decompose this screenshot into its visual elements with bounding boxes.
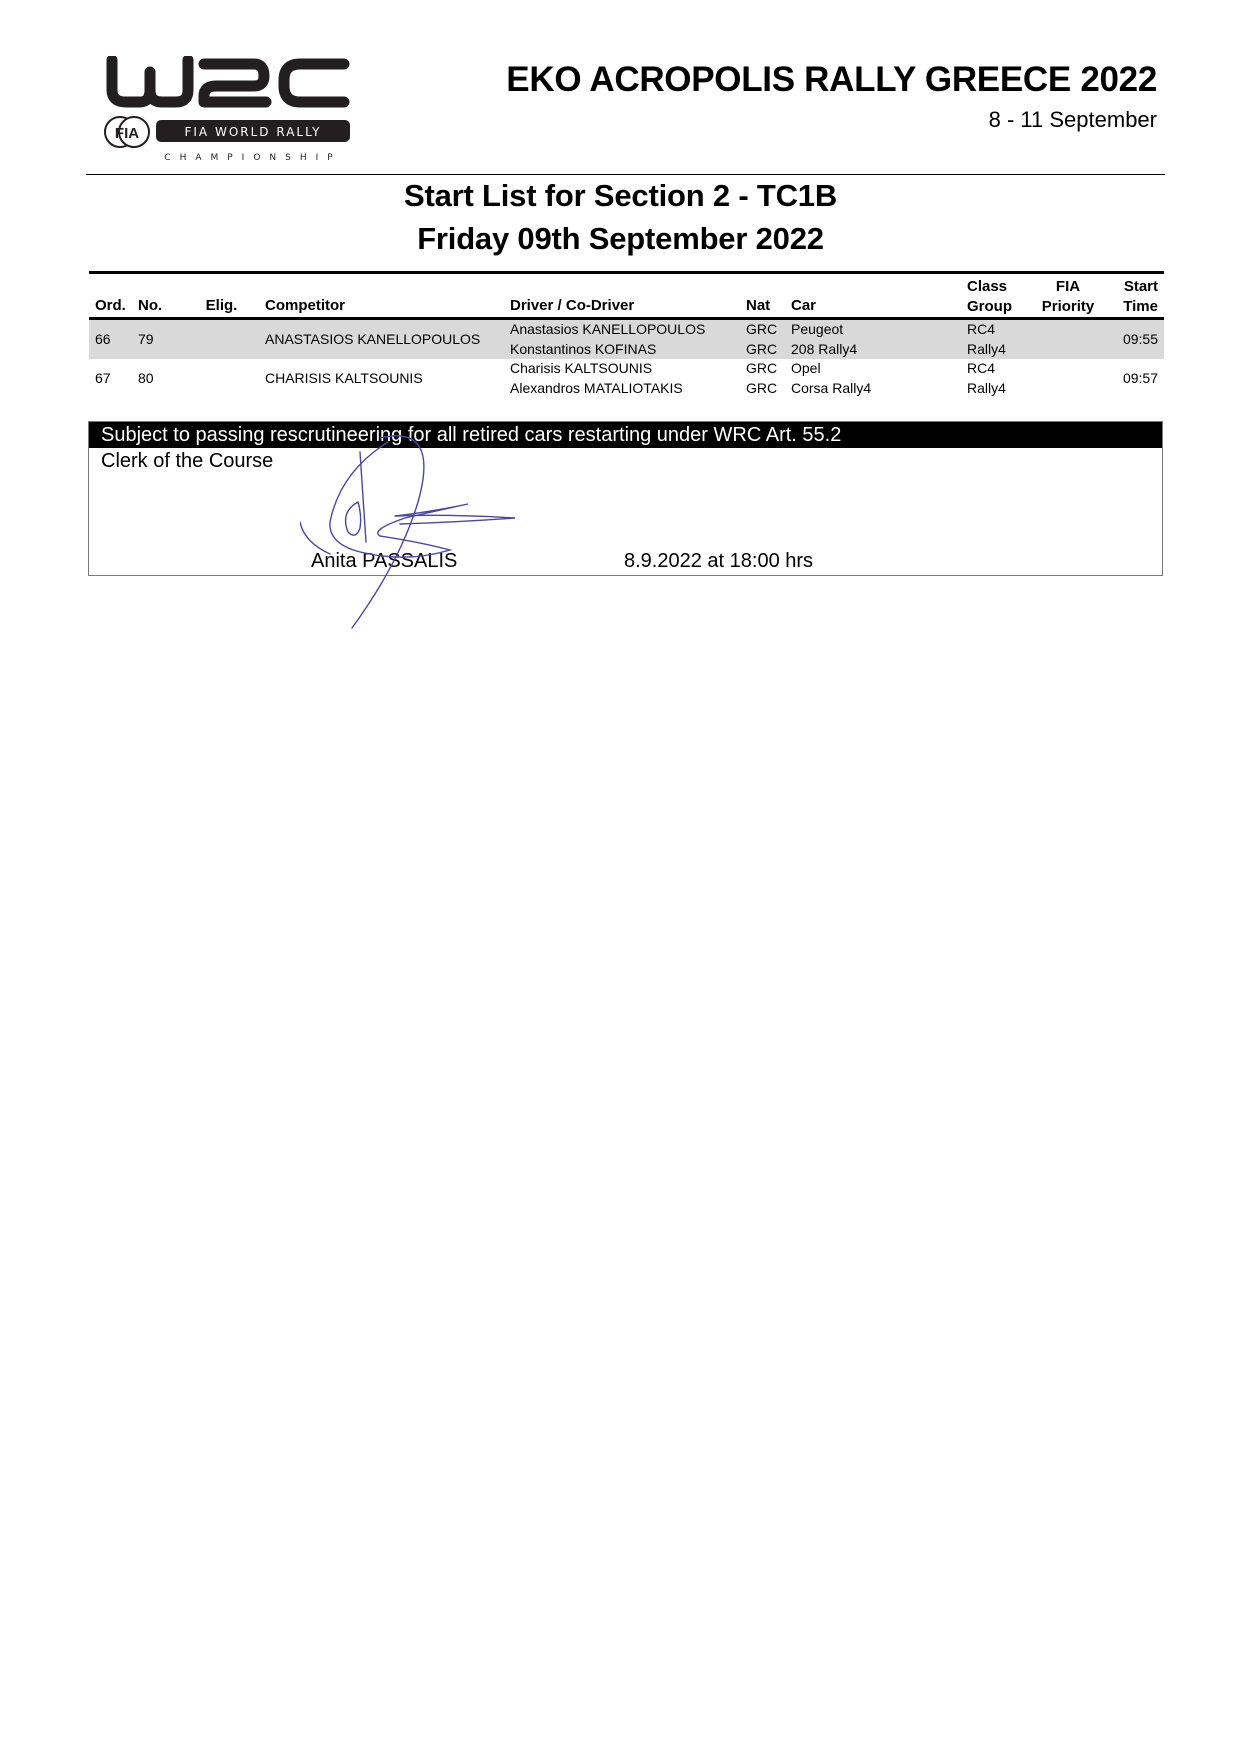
svg-text:FIA WORLD RALLY: FIA WORLD RALLY	[184, 125, 321, 139]
cell-competitor: CHARISIS KALTSOUNIS	[259, 359, 504, 398]
col-header-start-time: Start Time	[1103, 274, 1164, 319]
driver-name: Charisis KALTSOUNIS	[510, 359, 734, 379]
cell-crew: Charisis KALTSOUNIS Alexandros MATALIOTA…	[504, 359, 740, 398]
document-title: Start List for Section 2 - TC1B	[0, 178, 1241, 214]
event-dates: 8 - 11 September	[989, 107, 1157, 133]
col-header-car: Car	[785, 274, 961, 319]
co-driver-nat: GRC	[746, 340, 779, 360]
cell-car: Peugeot 208 Rally4	[785, 319, 961, 360]
col-header-class-group: Class Group	[961, 274, 1033, 319]
cell-fia-priority	[1033, 319, 1103, 360]
driver-name: Anastasios KANELLOPOULOS	[510, 320, 734, 340]
driver-nat: GRC	[746, 320, 779, 340]
cell-elig	[184, 319, 259, 360]
rescrutineering-notice: Subject to passing rescrutineering for a…	[89, 422, 1162, 448]
col-header-class: Class	[967, 277, 1027, 297]
driver-nat: GRC	[746, 359, 779, 379]
car-make: Opel	[791, 359, 955, 379]
car-group: Rally4	[967, 379, 1027, 399]
cell-elig	[184, 359, 259, 398]
cell-class-group: RC4 Rally4	[961, 319, 1033, 360]
car-class: RC4	[967, 320, 1027, 340]
col-header-driver: Driver / Co-Driver	[504, 274, 740, 319]
cell-ord: 66	[89, 319, 132, 360]
wrc-logo: FIA FIA WORLD RALLY CHAMPIONSHIP	[104, 56, 404, 168]
col-header-start: Start	[1109, 277, 1158, 297]
cell-ord: 67	[89, 359, 132, 398]
col-header-priority: Priority	[1039, 297, 1097, 317]
col-header-fia-priority: FIA Priority	[1033, 274, 1103, 319]
table-row: 67 80 CHARISIS KALTSOUNIS Charisis KALTS…	[89, 359, 1164, 398]
cell-start-time: 09:57	[1103, 359, 1164, 398]
cell-start-time: 09:55	[1103, 319, 1164, 360]
table-row: 66 79 ANASTASIOS KANELLOPOULOS Anastasio…	[89, 319, 1164, 360]
notice-box: Subject to passing rescrutineering for a…	[88, 421, 1163, 576]
header-divider	[86, 174, 1165, 175]
co-driver-name: Konstantinos KOFINAS	[510, 340, 734, 360]
signed-date: 8.9.2022 at 18:00 hrs	[624, 550, 813, 573]
cell-car: Opel Corsa Rally4	[785, 359, 961, 398]
car-make: Peugeot	[791, 320, 955, 340]
svg-text:CHAMPIONSHIP: CHAMPIONSHIP	[164, 153, 341, 163]
table-header-row: Ord. No. Elig. Competitor Driver / Co-Dr…	[89, 274, 1164, 319]
clerk-of-course-label: Clerk of the Course	[101, 450, 273, 473]
cell-no: 80	[132, 359, 184, 398]
col-header-no: No.	[132, 274, 184, 319]
col-header-ord: Ord.	[89, 274, 132, 319]
wrc-logo-graphic: FIA FIA WORLD RALLY CHAMPIONSHIP	[104, 56, 404, 168]
event-title: EKO ACROPOLIS RALLY GREECE 2022	[506, 60, 1157, 100]
cell-competitor: ANASTASIOS KANELLOPOULOS	[259, 319, 504, 360]
car-model: Corsa Rally4	[791, 379, 955, 399]
car-group: Rally4	[967, 340, 1027, 360]
cell-class-group: RC4 Rally4	[961, 359, 1033, 398]
col-header-nat: Nat	[740, 274, 785, 319]
cell-fia-priority	[1033, 359, 1103, 398]
start-list-table: Ord. No. Elig. Competitor Driver / Co-Dr…	[89, 271, 1164, 398]
col-header-elig: Elig.	[184, 274, 259, 319]
col-header-group: Group	[967, 297, 1027, 317]
cell-nat: GRC GRC	[740, 359, 785, 398]
cell-nat: GRC GRC	[740, 319, 785, 360]
car-class: RC4	[967, 359, 1027, 379]
co-driver-nat: GRC	[746, 379, 779, 399]
col-header-time: Time	[1109, 297, 1158, 317]
signer-name: Anita PASSALIS	[311, 550, 457, 573]
car-model: 208 Rally4	[791, 340, 955, 360]
col-header-fia: FIA	[1039, 277, 1097, 297]
col-header-competitor: Competitor	[259, 274, 504, 319]
co-driver-name: Alexandros MATALIOTAKIS	[510, 379, 734, 399]
document-subtitle: Friday 09th September 2022	[0, 221, 1241, 257]
cell-no: 79	[132, 319, 184, 360]
cell-crew: Anastasios KANELLOPOULOS Konstantinos KO…	[504, 319, 740, 360]
svg-text:FIA: FIA	[115, 125, 139, 142]
